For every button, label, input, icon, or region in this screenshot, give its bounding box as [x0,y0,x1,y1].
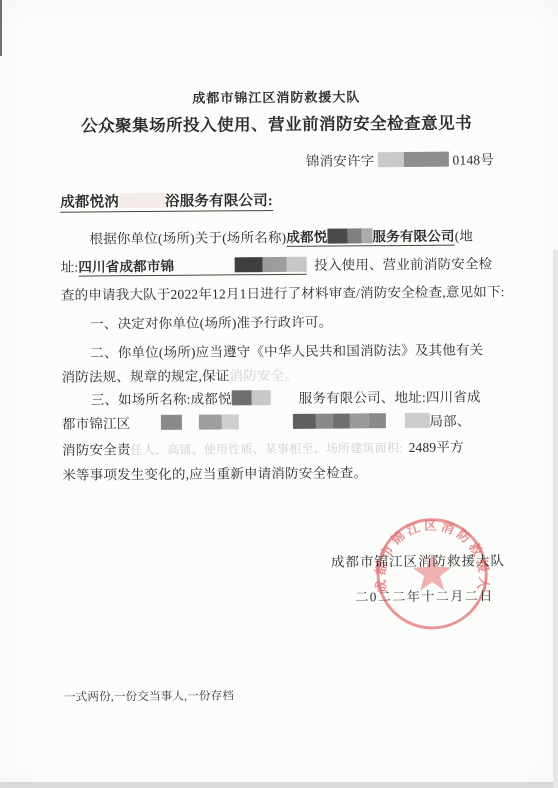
para1-text: 址: [61,260,79,275]
blank-space [306,269,314,270]
redaction-box [160,415,181,430]
addressee-line: 成都悦汭浴服务有限公司: [60,192,273,213]
redaction-box [234,257,262,272]
redaction-box [221,414,238,429]
item3-text: 消防安全责 [62,442,131,458]
scan-edge-artifact-right [553,250,558,788]
company-name-underlined: 成都悦服务有限公司 [286,229,454,247]
redaction-box [292,414,315,429]
redaction-box [404,413,429,428]
redaction-box [327,228,347,243]
address-prefix: 四川省成都市锦 [78,259,174,275]
item1-line: 一、决定对你单位(场所)准予行政许可。 [61,313,332,334]
blank-space [385,425,404,426]
scan-edge-artifact-bottom [0,782,558,788]
document-number: 锦消安许字 0148号 [306,150,494,170]
redaction-box [349,413,368,428]
signature-org: 成都市锦江区消防救援大队 [331,551,505,571]
redaction-box [378,152,404,167]
item3-text: 2489平方 [408,440,463,455]
item2-line2: 消防法规、规章的规定,保证消防安全。 [61,366,298,387]
item3-line3: 消防安全责任人、高铺、使用性质、某事相至、场所建筑面积:2489平方 [62,438,464,461]
item2-text: 二、你单位(场所)应当遵守《中华人民共和国消防法》及其他有关 [90,342,483,360]
document-title: 公众聚集场所投入使用、营业前消防安全检查意见书 [0,113,556,136]
document-content: 成都市锦江区消防救援大队 公众聚集场所投入使用、营业前消防安全检查意见书 锦消安… [0,0,558,788]
blank-space [174,269,234,270]
address-underlined: 四川省成都市锦 [78,258,306,277]
para1-text: 根据你单位(场所)关于(场所名称) [89,230,286,247]
company-name-prefix: 成都悦 [286,230,327,245]
whiteout-redaction [119,193,165,208]
para1-line3: 查的申请我大队于2022年12月1日进行了材料审查/消防安全检查,意见如下: [61,282,505,304]
redaction-box [368,413,385,428]
signature-date: 二0二二年十二月二日 [355,586,494,606]
para1-line2: 址:四川省成都市锦投入使用、营业前消防安全检 [61,254,493,276]
blank-space [130,427,160,428]
item2-line1: 二、你单位(场所)应当遵守《中华人民共和国消防法》及其他有关 [61,340,483,362]
addressee-underlined: 成都悦汭浴服务有限公司: [60,193,273,213]
scanned-document-page: 成都市锦江区消防救援大队 公众聚集场所投入使用、营业前消防安全检查意见书 锦消安… [0,0,558,788]
item3-line1: 三、如场所名称:成都悦服务有限公司、地址:四川省成 [62,387,481,409]
item3-text: 都市锦江区 [62,416,131,432]
item1-text: 一、决定对你单位(场所)准予行政许可。 [90,315,332,332]
redaction-box [198,414,221,429]
redaction-box [404,152,449,167]
redaction-box [286,257,306,272]
redaction-box [315,414,332,429]
doc-number-prefix: 锦消安许字 [306,153,375,169]
blank-space [238,426,292,427]
whiteout-faded-text: 消防安全。 [229,368,298,384]
redaction-box [262,257,286,272]
scan-edge-artifact-left [0,0,2,56]
doc-number-suffix: 0148号 [452,152,494,167]
addressee-prefix: 成都悦汭 [60,194,119,210]
issuing-org-header: 成都市锦江区消防救援大队 [0,86,555,109]
company-name-suffix: 服务有限公司 [372,229,454,245]
whiteout-faded-text: 任人、高铺、使用性质、某事相至、场所建筑面积: [131,441,403,457]
para1-text: 投入使用、营业前消防安全检 [314,256,492,272]
redaction-box [232,390,252,405]
redaction-box [252,390,271,405]
redaction-box [347,228,361,243]
distribution-note: 一式两份,一份交当事人,一份存档 [64,687,234,707]
item3-line4: 米等事项发生变化的,应当重新申请消防安全检查。 [62,463,367,484]
redaction-box [361,228,372,243]
addressee-suffix: 浴服务有限公司: [165,193,273,210]
para1-line1: 根据你单位(场所)关于(场所名称)成都悦服务有限公司(地 [60,226,473,248]
blank-space [181,427,198,428]
item3-line2: 都市锦江区局部、 [62,411,471,433]
para1-text: (地 [455,228,474,243]
item3-text: 三、如场所名称:成都悦 [91,391,232,407]
official-red-seal: 成都市锦江区消防救援大队 [373,514,492,633]
blank-space [271,402,299,403]
item2-text: 消防法规、规章的规定,保证 [61,368,229,384]
item3-text: 服务有限公司、地址:四川省成 [299,389,481,405]
item3-text: 局部、 [429,413,470,428]
redaction-box [332,413,349,428]
